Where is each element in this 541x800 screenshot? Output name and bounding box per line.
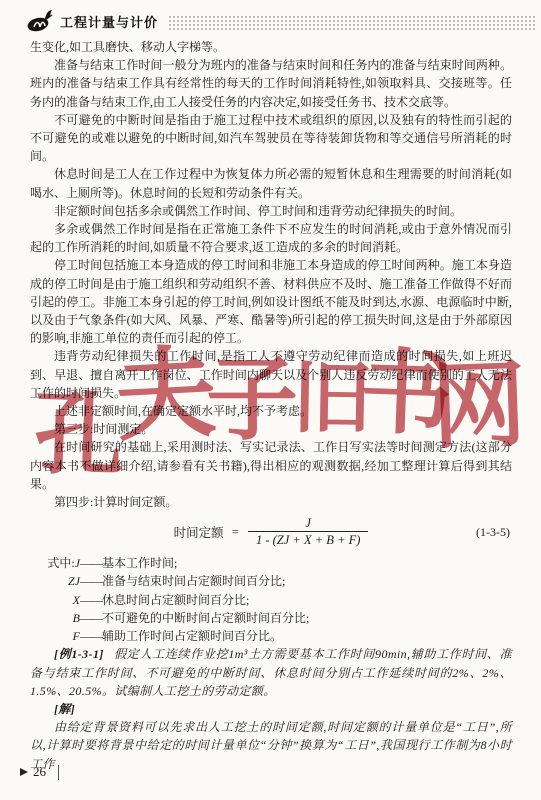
- paragraph: 休息时间是工人在工作过程中为恢复体力所必需的短暂休息和生理需要的时间消耗(如喝水…: [30, 165, 512, 201]
- variable-definitions: 式中:J —— 基本工作时间; ZJ —— 准备与结束时间占定额时间百分比; X…: [30, 554, 512, 645]
- paragraph-step-four: 第四步:计算时间定额。: [30, 493, 512, 511]
- variable-label: F: [30, 627, 80, 645]
- em-dash: ——: [80, 554, 102, 572]
- paragraph: 在时间研究的基础上,采用测时法、写实记录法、工作日写实法等时间测定方法(这部分内…: [30, 438, 512, 493]
- variable-description: 准备与结束时间占定额时间百分比;: [102, 572, 512, 590]
- variable-description: 休息时间占定额时间百分比;: [102, 591, 512, 609]
- variable-description: 不可避免的中断时间占定额时间百分比;: [102, 609, 512, 627]
- header-dotted-band: [168, 15, 537, 30]
- paragraph-step-three: 第三步:时间测定。: [30, 420, 512, 438]
- variable-row: ZJ —— 准备与结束时间占定额时间百分比;: [30, 572, 512, 590]
- solution-paragraph: 由给定背景资料可以先求出人工挖土的时间定额,时间定额的计量单位是“工日”,所以,…: [30, 718, 512, 773]
- solution-tag: [解]: [54, 702, 75, 716]
- variable-row: X —— 休息时间占定额时间百分比;: [30, 591, 512, 609]
- variable-row: B —— 不可避免的中断时间占定额时间百分比;: [30, 609, 512, 627]
- book-page: 工程计量与计价 生变化,如工具磨快、移动人字梯等。 准备与结束工作时间一般分为班…: [0, 0, 541, 800]
- paragraph: 上述非定额时间,在确定定额水平时,均不予考虑。: [30, 402, 512, 420]
- paragraph: 不可避免的中断时间是指由于施工过程中技术或组织的原因,以及独有的特性而引起的不可…: [30, 111, 512, 166]
- formula-lhs: 时间定额: [174, 523, 224, 541]
- paragraph: 多余或偶然工作时间是指在正常施工条件下不应发生的时间消耗,或由于意外情况而引起的…: [30, 220, 512, 256]
- em-dash: ——: [80, 572, 102, 590]
- variable-label: B: [30, 609, 80, 627]
- example-tag: [例1-3-1]: [54, 647, 104, 661]
- page-arrow-icon: [20, 768, 28, 776]
- em-dash: ——: [80, 609, 102, 627]
- body-text: 生变化,如工具磨快、移动人字梯等。 准备与结束工作时间一般分为班内的准备与结束时…: [30, 38, 512, 773]
- formula-1-3-5: 时间定额 = J 1 - (ZJ + X + B + F) (1-3-5): [30, 516, 512, 550]
- formula-numerator: J: [248, 516, 368, 531]
- variable-row: 式中:J —— 基本工作时间;: [30, 554, 512, 572]
- formula-denominator: 1 - (ZJ + X + B + F): [248, 531, 368, 548]
- where-lead: 式中:: [47, 556, 74, 570]
- em-dash: ——: [80, 627, 102, 645]
- paragraph: 违背劳动纪律损失的工作时间,是指工人不遵守劳动纪律而造成的时间损失,如上班迟到、…: [30, 347, 512, 402]
- variable-description: 辅助工作时间占定额时间百分比。: [102, 627, 512, 645]
- book-logo-icon: [26, 9, 56, 33]
- paragraph: 停工时间包括施工本身造成的停工时间和非施工本身造成的停工时间两种。施工本身造成的…: [30, 256, 512, 347]
- variable-row: F —— 辅助工作时间占定额时间百分比。: [30, 627, 512, 645]
- variable-label: X: [30, 591, 80, 609]
- book-title: 工程计量与计价: [60, 12, 158, 31]
- example-paragraph: [例1-3-1]假定人工连续作业挖1m³土方需要基本工作时间90min,辅助工作…: [30, 645, 512, 700]
- paragraph: 非定额时间包括多余或偶然工作时间、停工时间和违背劳动纪律损失的时间。: [30, 202, 512, 220]
- footer-divider: [58, 765, 59, 780]
- page-footer: 26: [20, 764, 59, 780]
- formula-fraction: J 1 - (ZJ + X + B + F): [248, 516, 368, 548]
- variable-label: 式中:J: [30, 554, 80, 572]
- equation-number: (1-3-5): [476, 525, 510, 540]
- formula-equals: =: [232, 525, 239, 540]
- paragraph-continuation: 生变化,如工具磨快、移动人字梯等。: [30, 38, 512, 56]
- page-header: 工程计量与计价: [26, 8, 537, 34]
- paragraph: 准备与结束工作时间一般分为班内的准备与结束时间和任务内的准备与结束时间两种。班内…: [30, 56, 512, 111]
- em-dash: ——: [80, 591, 102, 609]
- solution-tag-row: [解]: [30, 700, 512, 718]
- variable-description: 基本工作时间;: [102, 554, 512, 572]
- variable-label: ZJ: [30, 572, 80, 590]
- page-number: 26: [33, 764, 46, 780]
